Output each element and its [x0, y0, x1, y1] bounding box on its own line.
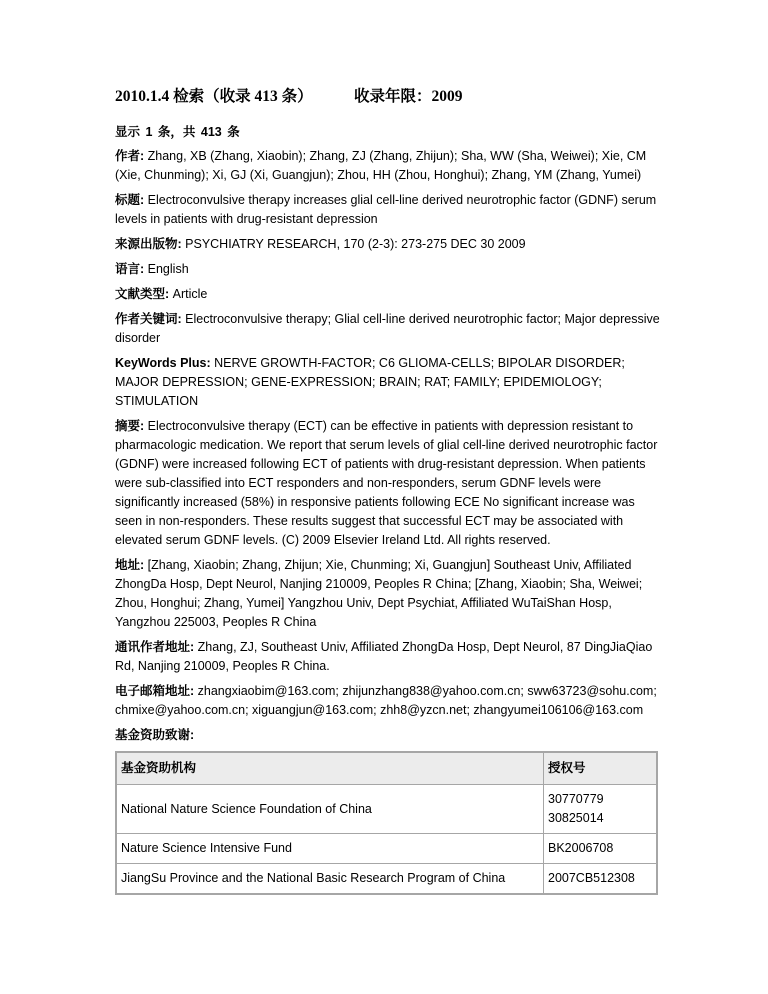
- field-label: KeyWords Plus:: [115, 356, 211, 370]
- field-label: 标题:: [115, 193, 144, 207]
- year-info: 收录年限：2009: [354, 86, 463, 108]
- field-author-keywords: 作者关键词: Electroconvulsive therapy; Glial …: [115, 310, 660, 348]
- field-authors: 作者: Zhang, XB (Zhang, Xiaobin); Zhang, Z…: [115, 147, 660, 185]
- result-count: 显示 1 条，共 413 条: [115, 123, 660, 141]
- header-funding-agency: 基金资助机构: [116, 752, 544, 785]
- table-row: JiangSu Province and the National Basic …: [116, 864, 657, 895]
- field-reprint-address: 通讯作者地址: Zhang, ZJ, Southeast Univ, Affil…: [115, 638, 660, 676]
- table-row: National Nature Science Foundation of Ch…: [116, 785, 657, 834]
- field-label: 通讯作者地址:: [115, 640, 194, 654]
- grant-number-cell: BK2006708: [544, 834, 658, 864]
- field-label: 基金资助致谢:: [115, 728, 194, 742]
- field-abstract: 摘要: Electroconvulsive therapy (ECT) can …: [115, 417, 660, 550]
- field-label: 作者关键词:: [115, 312, 182, 326]
- field-value: [Zhang, Xiaobin; Zhang, Zhijun; Xie, Chu…: [115, 558, 642, 629]
- search-header: 2010.1.4 检索（收录 413 条） 收录年限：2009: [115, 86, 660, 108]
- field-label: 语言:: [115, 262, 144, 276]
- table-header-row: 基金资助机构 授权号: [116, 752, 657, 785]
- field-address: 地址: [Zhang, Xiaobin; Zhang, Zhijun; Xie,…: [115, 556, 660, 632]
- grant-number: 30825014: [548, 809, 652, 828]
- field-value: PSYCHIATRY RESEARCH, 170 (2-3): 273-275 …: [182, 237, 526, 251]
- field-value: Electroconvulsive therapy; Glial cell-li…: [115, 312, 660, 345]
- grant-number-cell: 2007CB512308: [544, 864, 658, 895]
- field-title: 标题: Electroconvulsive therapy increases …: [115, 191, 660, 229]
- field-label: 地址:: [115, 558, 144, 572]
- table-row: Nature Science Intensive FundBK2006708: [116, 834, 657, 864]
- field-funding: 基金资助致谢:: [115, 726, 660, 745]
- funding-agency-cell: Nature Science Intensive Fund: [116, 834, 544, 864]
- funding-agency-cell: JiangSu Province and the National Basic …: [116, 864, 544, 895]
- grant-number-cell: 3077077930825014: [544, 785, 658, 834]
- field-source: 来源出版物: PSYCHIATRY RESEARCH, 170 (2-3): 2…: [115, 235, 660, 254]
- grant-number: 2007CB512308: [548, 869, 652, 888]
- search-info: 2010.1.4 检索（收录 413 条）: [115, 88, 313, 105]
- field-label: 来源出版物:: [115, 237, 182, 251]
- funding-table: 基金资助机构 授权号 National Nature Science Found…: [115, 751, 658, 895]
- field-document-type: 文献类型: Article: [115, 285, 660, 304]
- field-label: 摘要:: [115, 419, 144, 433]
- field-value: Electroconvulsive therapy increases glia…: [115, 193, 656, 226]
- field-language: 语言: English: [115, 260, 660, 279]
- grant-number: 30770779: [548, 790, 652, 809]
- header-grant-number: 授权号: [544, 752, 658, 785]
- field-label: 文献类型:: [115, 287, 169, 301]
- grant-number: BK2006708: [548, 839, 652, 858]
- field-value: Zhang, ZJ, Southeast Univ, Affiliated Zh…: [115, 640, 652, 673]
- field-label: 作者:: [115, 149, 144, 163]
- field-value: English: [144, 262, 188, 276]
- field-value: Article: [169, 287, 207, 301]
- field-label: 电子邮箱地址:: [115, 684, 194, 698]
- field-value: zhangxiaobim@163.com; zhijunzhang838@yah…: [115, 684, 657, 717]
- record-document: 2010.1.4 检索（收录 413 条） 收录年限：2009 显示 1 条，共…: [115, 86, 660, 895]
- field-value: Electroconvulsive therapy (ECT) can be e…: [115, 419, 657, 547]
- funding-agency-cell: National Nature Science Foundation of Ch…: [116, 785, 544, 834]
- field-value: Zhang, XB (Zhang, Xiaobin); Zhang, ZJ (Z…: [115, 149, 646, 182]
- field-keywords-plus: KeyWords Plus: NERVE GROWTH-FACTOR; C6 G…: [115, 354, 660, 411]
- field-emails: 电子邮箱地址: zhangxiaobim@163.com; zhijunzhan…: [115, 682, 660, 720]
